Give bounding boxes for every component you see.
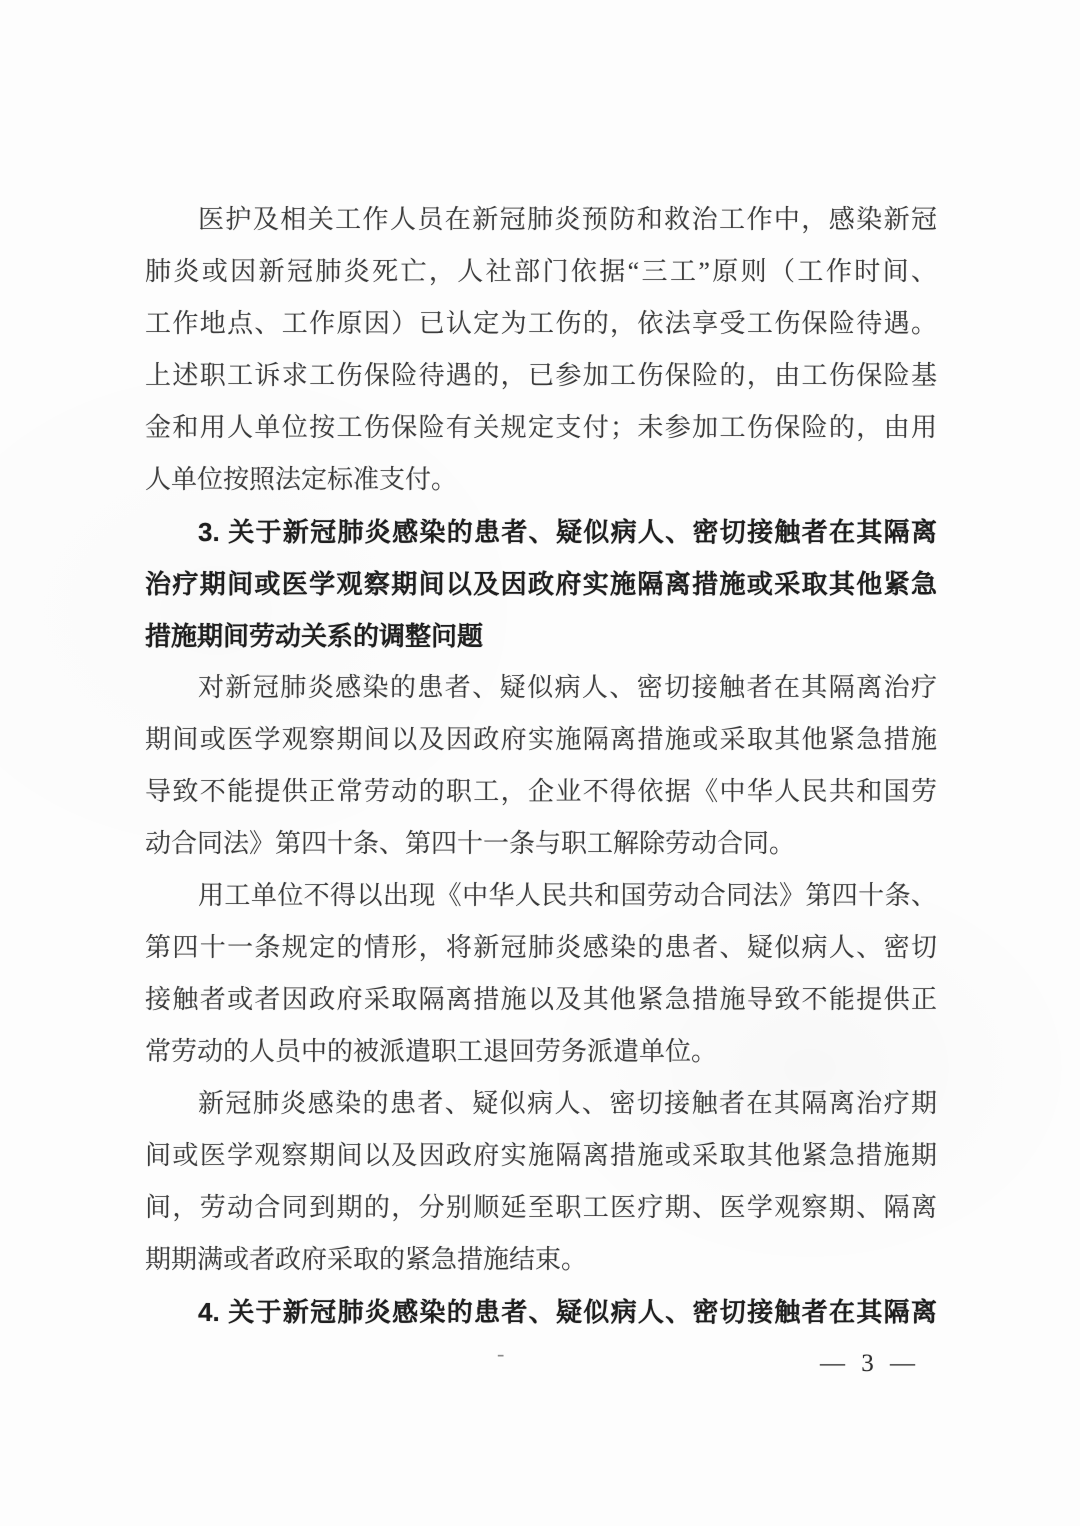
text-line: 期期满或者政府采取的紧急措施结束。	[145, 1234, 937, 1286]
text-line: 新冠肺炎感染的患者、疑似病人、密切接触者在其隔离治疗期	[145, 1078, 937, 1130]
section-heading-line: 措施期间劳动关系的调整问题	[145, 610, 937, 662]
text-line: 间或医学观察期间以及因政府实施隔离措施或采取其他紧急措施期	[145, 1130, 937, 1182]
text-line: 上述职工诉求工伤保险待遇的，已参加工伤保险的，由工伤保险基	[145, 350, 937, 402]
section-heading-line: 4. 关于新冠肺炎感染的患者、疑似病人、密切接触者在其隔离	[145, 1286, 937, 1338]
scanned-page: 医护及相关工作人员在新冠肺炎预防和救治工作中，感染新冠 肺炎或因新冠肺炎死亡，人…	[0, 0, 1080, 1526]
scan-artifact-dash: -	[497, 1341, 504, 1367]
text-line: 医护及相关工作人员在新冠肺炎预防和救治工作中，感染新冠	[145, 194, 937, 246]
text-line: 导致不能提供正常劳动的职工，企业不得依据《中华人民共和国劳	[145, 766, 937, 818]
document-body: 医护及相关工作人员在新冠肺炎预防和救治工作中，感染新冠 肺炎或因新冠肺炎死亡，人…	[145, 194, 937, 1338]
text-line: 第四十一条规定的情形，将新冠肺炎感染的患者、疑似病人、密切	[145, 922, 937, 974]
page-number: — 3 —	[820, 1350, 920, 1378]
text-line: 接触者或者因政府采取隔离措施以及其他紧急措施导致不能提供正	[145, 974, 937, 1026]
text-line: 常劳动的人员中的被派遣职工退回劳务派遣单位。	[145, 1026, 937, 1078]
section-heading-line: 3. 关于新冠肺炎感染的患者、疑似病人、密切接触者在其隔离	[145, 506, 937, 558]
text-line: 动合同法》第四十条、第四十一条与职工解除劳动合同。	[145, 818, 937, 870]
text-line: 期间或医学观察期间以及因政府实施隔离措施或采取其他紧急措施	[145, 714, 937, 766]
section-heading-line: 治疗期间或医学观察期间以及因政府实施隔离措施或采取其他紧急	[145, 558, 937, 610]
text-line: 间，劳动合同到期的，分别顺延至职工医疗期、医学观察期、隔离	[145, 1182, 937, 1234]
text-line: 用工单位不得以出现《中华人民共和国劳动合同法》第四十条、	[145, 870, 937, 922]
text-line: 工作地点、工作原因）已认定为工伤的，依法享受工伤保险待遇。	[145, 298, 937, 350]
text-line: 肺炎或因新冠肺炎死亡，人社部门依据“三工”原则（工作时间、	[145, 246, 937, 298]
text-line: 金和用人单位按工伤保险有关规定支付；未参加工伤保险的，由用	[145, 402, 937, 454]
text-line: 人单位按照法定标准支付。	[145, 454, 937, 506]
text-line: 对新冠肺炎感染的患者、疑似病人、密切接触者在其隔离治疗	[145, 662, 937, 714]
